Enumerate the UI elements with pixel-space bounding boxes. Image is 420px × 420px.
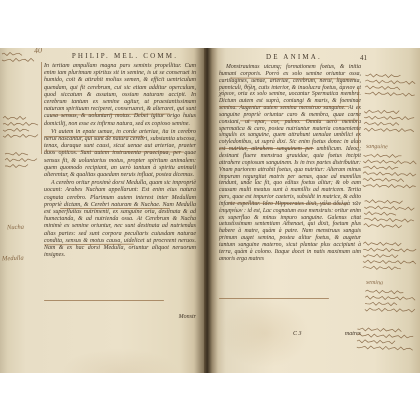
right-folio-number: 41 bbox=[360, 54, 367, 62]
marginalia-note-nucha: Nucha bbox=[7, 224, 24, 232]
marginalia-scribble bbox=[361, 151, 418, 196]
ink-underline bbox=[60, 208, 170, 209]
right-page-text: Monstrauimus utcunq; formationem foetus,… bbox=[219, 64, 361, 263]
left-running-header: PHILIP. MEL. COMM. bbox=[56, 52, 194, 60]
ink-underline bbox=[44, 300, 164, 301]
marginalia-note-semina: semina bbox=[366, 280, 383, 287]
gutter-shadow bbox=[194, 48, 218, 373]
marginalia-scribble bbox=[355, 325, 414, 359]
left-page-text: In tertiam ampullam magna pars seminis p… bbox=[44, 63, 196, 260]
right-running-header: DE ANIMA. bbox=[236, 53, 352, 61]
marginalia-scribble bbox=[2, 114, 40, 146]
paragraph: In tertiam ampullam magna pars seminis p… bbox=[44, 63, 196, 128]
marginalia-scribble bbox=[1, 50, 35, 70]
paragraph: A cerebro oritur proximè dorsi Medulla, … bbox=[44, 180, 196, 259]
marginalia-note-sanguine: sanguine bbox=[366, 144, 388, 151]
screenshot-root: { "book_photo": { "description_colors": … bbox=[0, 0, 420, 420]
paragraph: Monstrauimus utcunq; formationem foetus,… bbox=[219, 64, 361, 262]
marginalia-note-medulla: Medulla bbox=[2, 255, 24, 263]
marginalia-scribble bbox=[364, 287, 417, 320]
marginalia-scribble bbox=[363, 108, 418, 141]
ink-underline bbox=[219, 298, 329, 299]
left-catchword: Monstr bbox=[44, 314, 196, 320]
ink-underline bbox=[219, 106, 349, 107]
marginalia-scribble bbox=[362, 197, 417, 237]
ink-underline bbox=[219, 148, 314, 149]
ink-margin-line bbox=[358, 88, 359, 148]
marginalia-scribble bbox=[4, 150, 40, 176]
marginalia-scribble bbox=[362, 240, 418, 279]
book-spread-photo: PHILIP. MEL. COMM. 40 In tertiam ampulla… bbox=[0, 48, 420, 373]
ink-underline bbox=[44, 136, 144, 137]
ink-margin-line bbox=[41, 62, 42, 154]
gathering-signature: C 3 bbox=[293, 331, 302, 337]
marginalia-scribble bbox=[363, 71, 416, 105]
